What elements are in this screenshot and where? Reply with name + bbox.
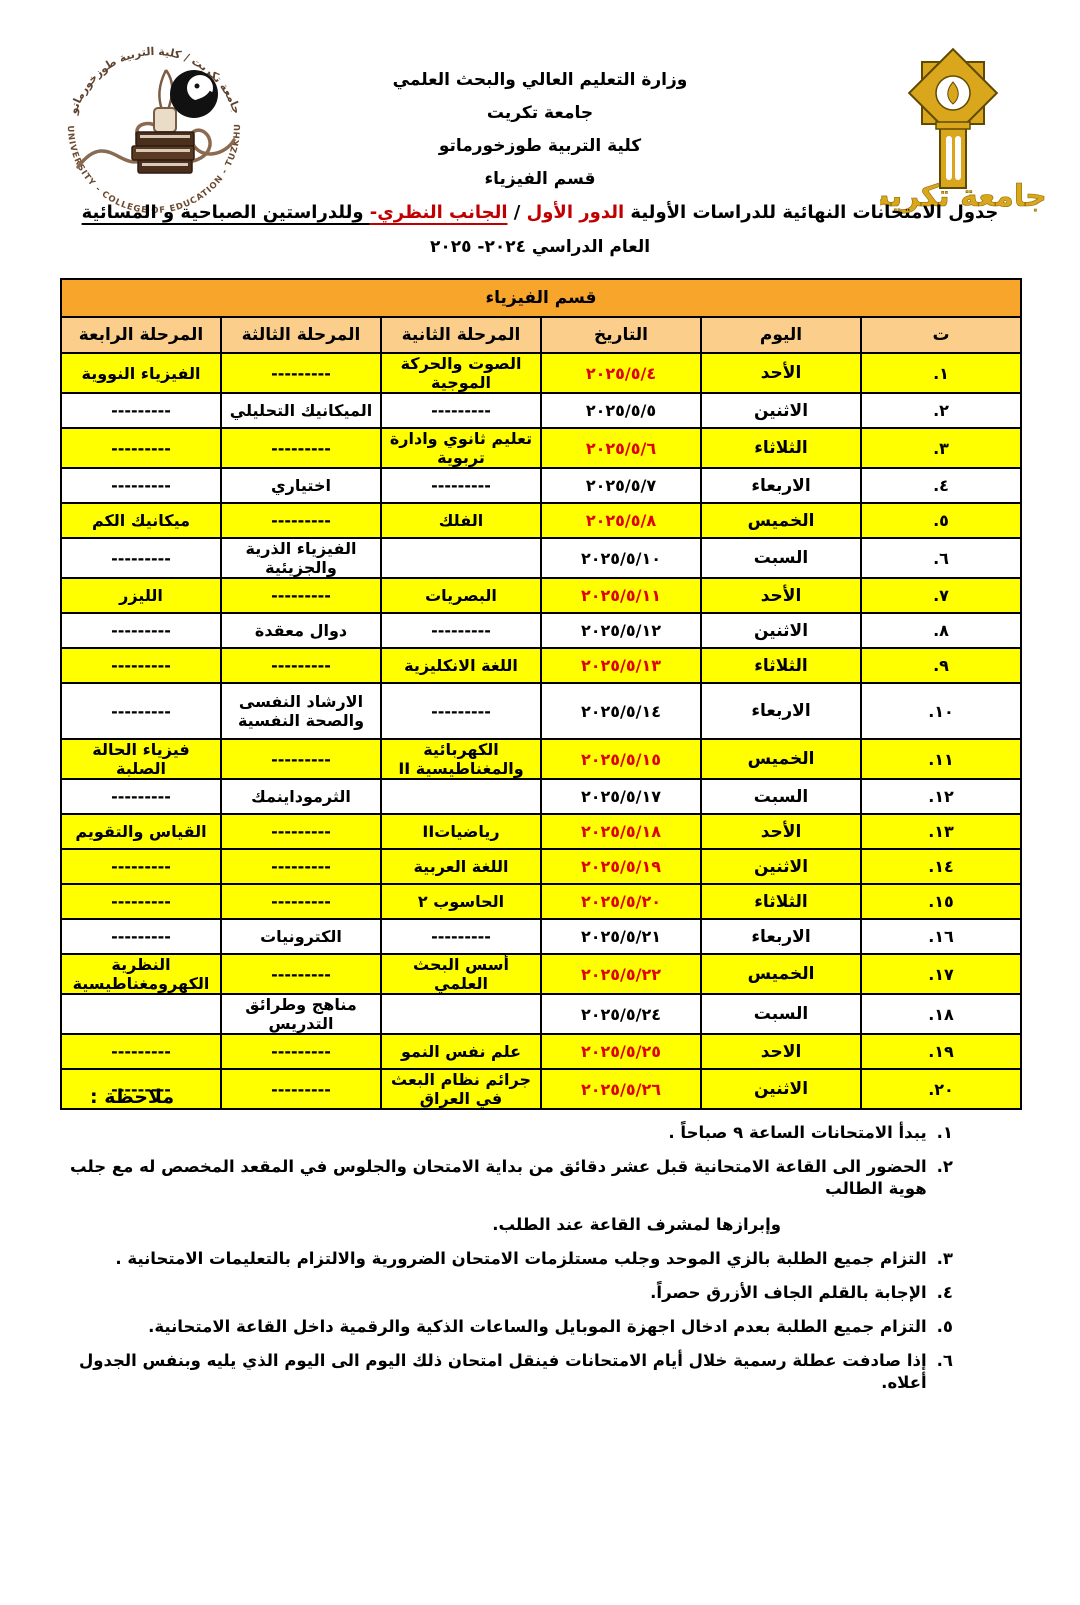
- note-text: التزام جميع الطلبة بعدم ادخال اجهزة المو…: [70, 1316, 927, 1338]
- table-row: ٧. الأحد ٢٠٢٥/٥/١١ البصريات --------- ال…: [61, 578, 1021, 613]
- date-cell: ٢٠٢٥/٥/٨: [541, 503, 701, 538]
- note-item: ١. يبدأ الامتحانات الساعة ٩ صباحاً .: [70, 1122, 953, 1144]
- note-number: ٢.: [937, 1156, 953, 1236]
- stage2-subject-cell: الفلك: [381, 503, 541, 538]
- stage2-subject-cell: [381, 538, 541, 578]
- stage4-subject-cell: ---------: [61, 648, 221, 683]
- title-black-part1: جدول الامتحانات النهائية للدراسات الأولي…: [624, 202, 998, 223]
- stage2-subject-cell: الكهربائية والمغناطيسية II: [381, 739, 541, 779]
- stage4-subject-cell: ميكانيك الكم: [61, 503, 221, 538]
- stage3-subject-cell: الثرموداينمك: [221, 779, 381, 814]
- day-cell: الاربعاء: [701, 919, 861, 954]
- day-cell: السبت: [701, 779, 861, 814]
- stage4-subject-cell: النظرية الكهرومغناطيسية: [61, 954, 221, 994]
- day-cell: الخميس: [701, 739, 861, 779]
- row-number-cell: ٧.: [861, 578, 1021, 613]
- table-row: ٨. الاثنين ٢٠٢٥/٥/١٢ --------- دوال معقد…: [61, 613, 1021, 648]
- table-row: ١٠. الاربعاء ٢٠٢٥/٥/١٤ --------- الارشاد…: [61, 683, 1021, 739]
- stage3-subject-cell: الارشاد النفسى والصحة النفسية: [221, 683, 381, 739]
- row-number-cell: ٨.: [861, 613, 1021, 648]
- title-red-theoretical: الجانب النظري-: [370, 202, 508, 223]
- stage2-subject-cell: الصوت والحركة الموجية: [381, 353, 541, 393]
- row-number-cell: ٢.: [861, 393, 1021, 428]
- note-item: ٤. الإجابة بالقلم الجاف الأزرق حصراً.: [70, 1282, 953, 1304]
- stage3-subject-cell: ---------: [221, 954, 381, 994]
- title-black-part2: وللدراستين الصباحية و المسائية: [82, 202, 370, 223]
- date-cell: ٢٠٢٥/٥/١٣: [541, 648, 701, 683]
- stage2-subject-cell: ---------: [381, 468, 541, 503]
- date-cell: ٢٠٢٥/٥/٢٤: [541, 994, 701, 1034]
- row-number-cell: ١٩.: [861, 1034, 1021, 1069]
- date-cell: ٢٠٢٥/٥/١٩: [541, 849, 701, 884]
- note-text: إذا صادفت عطلة رسمية خلال أيام الامتحانا…: [70, 1350, 927, 1394]
- table-row: ٤. الاربعاء ٢٠٢٥/٥/٧ --------- اختياري -…: [61, 468, 1021, 503]
- column-header-day: اليوم: [701, 317, 861, 353]
- stage4-subject-cell: ---------: [61, 468, 221, 503]
- day-cell: الأحد: [701, 814, 861, 849]
- date-cell: ٢٠٢٥/٥/١٧: [541, 779, 701, 814]
- day-cell: الأحد: [701, 578, 861, 613]
- stage4-subject-cell: ---------: [61, 1034, 221, 1069]
- stage4-subject-cell: ---------: [61, 393, 221, 428]
- notes-heading: ملاحظة :: [90, 1086, 990, 1108]
- date-cell: ٢٠٢٥/٥/٢٢: [541, 954, 701, 994]
- stage2-subject-cell: البصريات: [381, 578, 541, 613]
- stage2-subject-cell: ---------: [381, 613, 541, 648]
- note-text: يبدأ الامتحانات الساعة ٩ صباحاً .: [70, 1122, 927, 1144]
- stage4-subject-cell: ---------: [61, 538, 221, 578]
- note-item: ٦. إذا صادفت عطلة رسمية خلال أيام الامتح…: [70, 1350, 953, 1394]
- note-number: ٦.: [937, 1350, 953, 1394]
- stage3-subject-cell: ---------: [221, 884, 381, 919]
- row-number-cell: ٥.: [861, 503, 1021, 538]
- date-cell: ٢٠٢٥/٥/٢٠: [541, 884, 701, 919]
- table-row: ١. الأحد ٢٠٢٥/٥/٤ الصوت والحركة الموجية …: [61, 353, 1021, 393]
- day-cell: الاحد: [701, 1034, 861, 1069]
- stage4-subject-cell: فيزياء الحالة الصلبة: [61, 739, 221, 779]
- stage3-subject-cell: مناهج وطرائق التدريس: [221, 994, 381, 1034]
- date-cell: ٢٠٢٥/٥/١٥: [541, 739, 701, 779]
- column-header-stage4: المرحلة الرابعة: [61, 317, 221, 353]
- department-line: قسم الفيزياء: [0, 163, 1080, 196]
- schedule-table-body: ١. الأحد ٢٠٢٥/٥/٤ الصوت والحركة الموجية …: [61, 353, 1021, 1109]
- stage3-subject-cell: ---------: [221, 648, 381, 683]
- table-row: ١٩. الاحد ٢٠٢٥/٥/٢٥ علم نفس النمو ------…: [61, 1034, 1021, 1069]
- stage2-subject-cell: الحاسوب ٢: [381, 884, 541, 919]
- row-number-cell: ١٢.: [861, 779, 1021, 814]
- stage2-subject-cell: علم نفس النمو: [381, 1034, 541, 1069]
- table-row: ٢. الاثنين ٢٠٢٥/٥/٥ --------- الميكانيك …: [61, 393, 1021, 428]
- stage4-subject-cell: الليزر: [61, 578, 221, 613]
- table-caption-row: قسم الفيزياء: [61, 279, 1021, 317]
- stage2-subject-cell: أسس البحث العلمي: [381, 954, 541, 994]
- stage4-subject-cell: ---------: [61, 683, 221, 739]
- exam-schedule-table: قسم الفيزياء ت اليوم التاريخ المرحلة الث…: [60, 278, 1022, 1110]
- day-cell: الأحد: [701, 353, 861, 393]
- date-cell: ٢٠٢٥/٥/٢١: [541, 919, 701, 954]
- row-number-cell: ١٣.: [861, 814, 1021, 849]
- note-line: التزام جميع الطلبة بعدم ادخال اجهزة المو…: [70, 1316, 927, 1338]
- stage4-subject-cell: الفيزياء النووية: [61, 353, 221, 393]
- stage4-subject-cell: ---------: [61, 779, 221, 814]
- stage2-subject-cell: ---------: [381, 919, 541, 954]
- academic-year-line: العام الدراسي ٢٠٢٤- ٢٠٢٥: [0, 230, 1080, 264]
- column-header-date: التاريخ: [541, 317, 701, 353]
- table-row: ١٤. الاثنين ٢٠٢٥/٥/١٩ اللغة العربية ----…: [61, 849, 1021, 884]
- note-number: ٤.: [937, 1282, 953, 1304]
- date-cell: ٢٠٢٥/٥/١٤: [541, 683, 701, 739]
- table-row: ١٦. الاربعاء ٢٠٢٥/٥/٢١ --------- الكترون…: [61, 919, 1021, 954]
- university-line: جامعة تكريت: [0, 97, 1080, 130]
- note-line: الحضور الى القاعة الامتحانية قبل عشر دقا…: [70, 1156, 927, 1200]
- table-row: ١٢. السبت ٢٠٢٥/٥/١٧ الثرموداينمك -------…: [61, 779, 1021, 814]
- note-line: إذا صادفت عطلة رسمية خلال أيام الامتحانا…: [70, 1350, 927, 1394]
- day-cell: الثلاثاء: [701, 648, 861, 683]
- row-number-cell: ١٠.: [861, 683, 1021, 739]
- stage3-subject-cell: ---------: [221, 849, 381, 884]
- date-cell: ٢٠٢٥/٥/١٠: [541, 538, 701, 578]
- stage2-subject-cell: [381, 994, 541, 1034]
- note-number: ٣.: [937, 1248, 953, 1270]
- college-line: كلية التربية طوزخورماتو: [0, 130, 1080, 163]
- document-header: وزارة التعليم العالي والبحث العلمي جامعة…: [0, 64, 1080, 264]
- note-number: ١.: [937, 1122, 953, 1144]
- row-number-cell: ١٦.: [861, 919, 1021, 954]
- row-number-cell: ٩.: [861, 648, 1021, 683]
- stage2-subject-cell: ---------: [381, 683, 541, 739]
- note-text: التزام جميع الطلبة بالزي الموحد وجلب مست…: [70, 1248, 927, 1270]
- stage4-subject-cell: ---------: [61, 919, 221, 954]
- day-cell: الاثنين: [701, 849, 861, 884]
- column-header-number: ت: [861, 317, 1021, 353]
- exam-schedule-document: جامعة تكريت / كلية التربية طوزخورماتو TI…: [0, 0, 1080, 1605]
- note-line: يبدأ الامتحانات الساعة ٩ صباحاً .: [70, 1122, 927, 1144]
- stage3-subject-cell: ---------: [221, 353, 381, 393]
- day-cell: الاثنين: [701, 613, 861, 648]
- stage4-subject-cell: ---------: [61, 849, 221, 884]
- table-row: ٩. الثلاثاء ٢٠٢٥/٥/١٣ اللغة الانكليزية -…: [61, 648, 1021, 683]
- date-cell: ٢٠٢٥/٥/١١: [541, 578, 701, 613]
- day-cell: الاربعاء: [701, 683, 861, 739]
- stage3-subject-cell: ---------: [221, 578, 381, 613]
- stage3-subject-cell: الميكانيك التحليلي: [221, 393, 381, 428]
- title-red-round: الدور الأول: [527, 202, 625, 223]
- note-line: الإجابة بالقلم الجاف الأزرق حصراً.: [70, 1282, 927, 1304]
- note-line: وإبرازها لمشرف القاعة عند الطلب.: [347, 1214, 927, 1236]
- stage4-subject-cell: ---------: [61, 428, 221, 468]
- day-cell: الثلاثاء: [701, 428, 861, 468]
- day-cell: الاثنين: [701, 393, 861, 428]
- stage4-subject-cell: ---------: [61, 613, 221, 648]
- day-cell: الثلاثاء: [701, 884, 861, 919]
- table-caption: قسم الفيزياء: [61, 279, 1021, 317]
- row-number-cell: ١٨.: [861, 994, 1021, 1034]
- stage2-subject-cell: اللغة العربية: [381, 849, 541, 884]
- date-cell: ٢٠٢٥/٥/٦: [541, 428, 701, 468]
- stage4-subject-cell: [61, 994, 221, 1034]
- note-number: ٥.: [937, 1316, 953, 1338]
- date-cell: ٢٠٢٥/٥/٤: [541, 353, 701, 393]
- notes-list: ١. يبدأ الامتحانات الساعة ٩ صباحاً . ٢. …: [70, 1122, 953, 1406]
- row-number-cell: ٦.: [861, 538, 1021, 578]
- row-number-cell: ١٧.: [861, 954, 1021, 994]
- day-cell: الخميس: [701, 503, 861, 538]
- table-row: ١١. الخميس ٢٠٢٥/٥/١٥ الكهربائية والمغناط…: [61, 739, 1021, 779]
- stage2-subject-cell: ---------: [381, 393, 541, 428]
- table-row: ١٧. الخميس ٢٠٢٥/٥/٢٢ أسس البحث العلمي --…: [61, 954, 1021, 994]
- date-cell: ٢٠٢٥/٥/١٨: [541, 814, 701, 849]
- note-line: التزام جميع الطلبة بالزي الموحد وجلب مست…: [70, 1248, 927, 1270]
- row-number-cell: ١.: [861, 353, 1021, 393]
- ministry-line: وزارة التعليم العالي والبحث العلمي: [0, 64, 1080, 97]
- date-cell: ٢٠٢٥/٥/١٢: [541, 613, 701, 648]
- stage2-subject-cell: رياضياتII: [381, 814, 541, 849]
- table-row: ٣. الثلاثاء ٢٠٢٥/٥/٦ تعليم ثانوي وادارة …: [61, 428, 1021, 468]
- stage4-subject-cell: ---------: [61, 884, 221, 919]
- table-row: ٥. الخميس ٢٠٢٥/٥/٨ الفلك --------- ميكان…: [61, 503, 1021, 538]
- date-cell: ٢٠٢٥/٥/٥: [541, 393, 701, 428]
- table-header-row: ت اليوم التاريخ المرحلة الثانية المرحلة …: [61, 317, 1021, 353]
- stage3-subject-cell: ---------: [221, 739, 381, 779]
- stage2-subject-cell: اللغة الانكليزية: [381, 648, 541, 683]
- column-header-stage2: المرحلة الثانية: [381, 317, 541, 353]
- stage3-subject-cell: ---------: [221, 814, 381, 849]
- table-row: ١٥. الثلاثاء ٢٠٢٥/٥/٢٠ الحاسوب ٢ -------…: [61, 884, 1021, 919]
- schedule-title: جدول الامتحانات النهائية للدراسات الأولي…: [0, 196, 1080, 230]
- row-number-cell: ٤.: [861, 468, 1021, 503]
- stage4-subject-cell: القياس والتقويم: [61, 814, 221, 849]
- stage2-subject-cell: [381, 779, 541, 814]
- stage3-subject-cell: الكترونيات: [221, 919, 381, 954]
- date-cell: ٢٠٢٥/٥/٢٥: [541, 1034, 701, 1069]
- day-cell: السبت: [701, 538, 861, 578]
- stage3-subject-cell: دوال معقدة: [221, 613, 381, 648]
- stage2-subject-cell: تعليم ثانوي وادارة تربوية: [381, 428, 541, 468]
- date-cell: ٢٠٢٥/٥/٧: [541, 468, 701, 503]
- stage3-subject-cell: الفيزياء الذرية والجزيئية: [221, 538, 381, 578]
- day-cell: السبت: [701, 994, 861, 1034]
- note-item: ٢. الحضور الى القاعة الامتحانية قبل عشر …: [70, 1156, 953, 1236]
- column-header-stage3: المرحلة الثالثة: [221, 317, 381, 353]
- note-text: الإجابة بالقلم الجاف الأزرق حصراً.: [70, 1282, 927, 1304]
- row-number-cell: ٣.: [861, 428, 1021, 468]
- stage3-subject-cell: ---------: [221, 503, 381, 538]
- note-text: الحضور الى القاعة الامتحانية قبل عشر دقا…: [70, 1156, 927, 1236]
- row-number-cell: ١٤.: [861, 849, 1021, 884]
- table-row: ٦. السبت ٢٠٢٥/٥/١٠ الفيزياء الذرية والجز…: [61, 538, 1021, 578]
- day-cell: الاربعاء: [701, 468, 861, 503]
- row-number-cell: ١١.: [861, 739, 1021, 779]
- row-number-cell: ١٥.: [861, 884, 1021, 919]
- note-item: ٣. التزام جميع الطلبة بالزي الموحد وجلب …: [70, 1248, 953, 1270]
- stage3-subject-cell: ---------: [221, 1034, 381, 1069]
- table-row: ١٨. السبت ٢٠٢٥/٥/٢٤ مناهج وطرائق التدريس: [61, 994, 1021, 1034]
- title-separator: /: [508, 202, 527, 223]
- stage3-subject-cell: ---------: [221, 428, 381, 468]
- table-row: ١٣. الأحد ٢٠٢٥/٥/١٨ رياضياتII --------- …: [61, 814, 1021, 849]
- day-cell: الخميس: [701, 954, 861, 994]
- note-item: ٥. التزام جميع الطلبة بعدم ادخال اجهزة ا…: [70, 1316, 953, 1338]
- stage3-subject-cell: اختياري: [221, 468, 381, 503]
